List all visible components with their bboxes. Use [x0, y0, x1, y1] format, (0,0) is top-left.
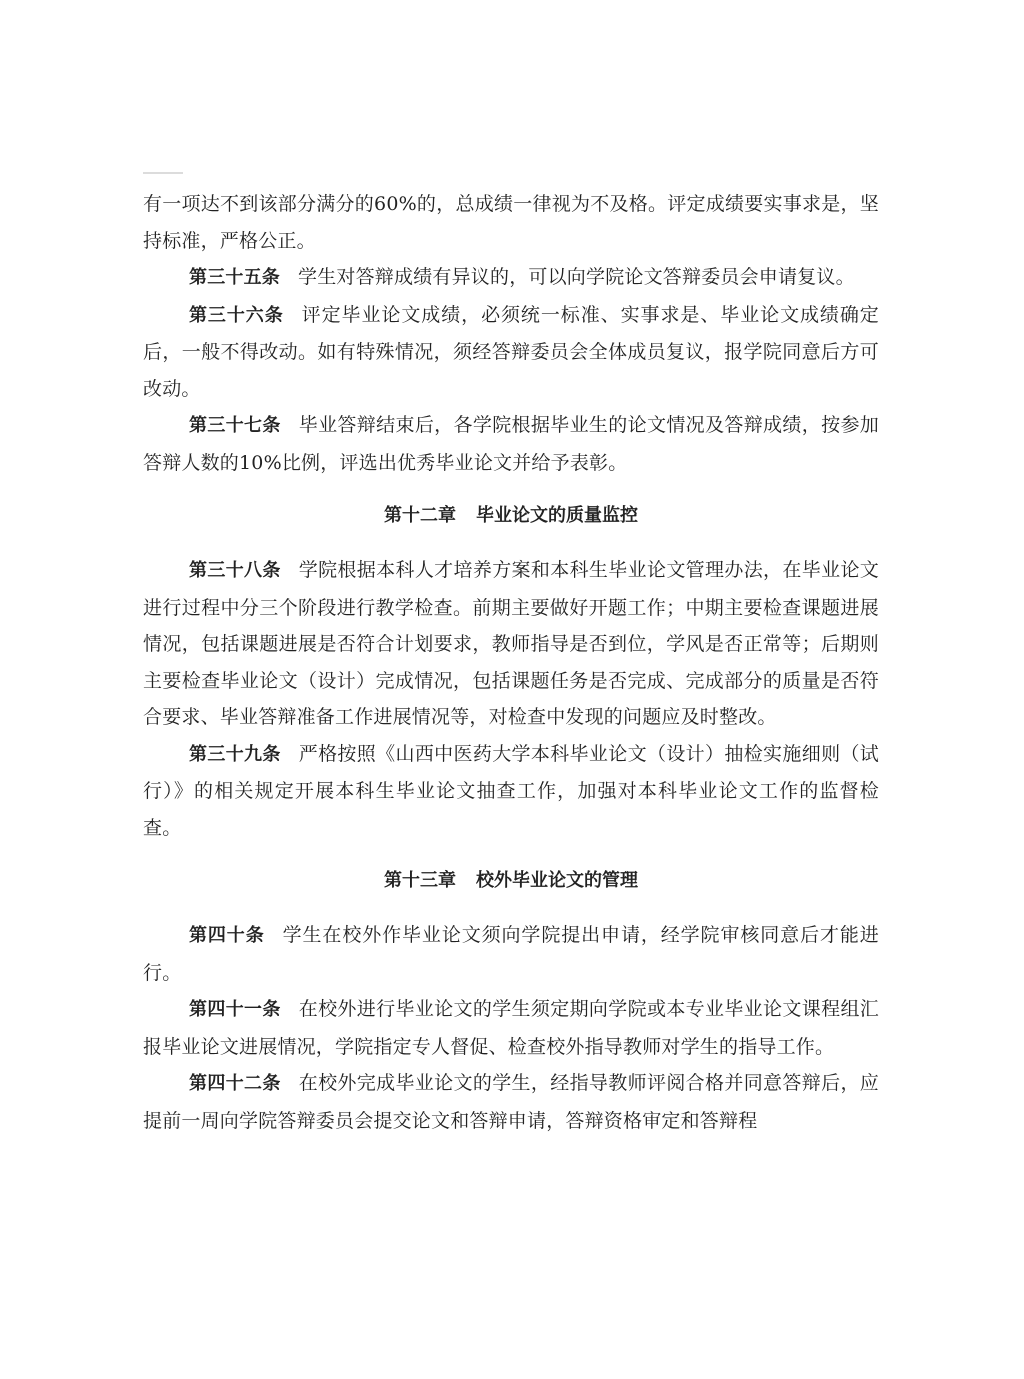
article-40: 第四十条学生在校外作毕业论文须向学院提出申请，经学院审核同意后才能进行。: [143, 917, 879, 991]
article-label: 第四十一条: [189, 999, 281, 1020]
continuation-paragraph: 有一项达不到该部分满分的60%的，总成绩一律视为不及格。评定成绩要实事求是，坚持…: [143, 186, 879, 259]
article-label: 第三十六条: [189, 305, 284, 326]
chapter-title: 毕业论文的质量监控: [476, 505, 638, 526]
chapter-12-heading: 第十二章毕业论文的质量监控: [143, 501, 879, 531]
article-label: 第四十条: [189, 925, 265, 946]
article-35: 第三十五条学生对答辩成绩有异议的，可以向学院论文答辩委员会申请复议。: [143, 259, 879, 297]
article-37: 第三十七条毕业答辩结束后，各学院根据毕业生的论文情况及答辩成绩，按参加答辩人数的…: [143, 407, 879, 481]
chapter-number: 第十三章: [384, 870, 456, 891]
article-label: 第三十五条: [189, 267, 280, 288]
document-body: 有一项达不到该部分满分的60%的，总成绩一律视为不及格。评定成绩要实事求是，坚持…: [143, 186, 879, 1139]
article-41: 第四十一条在校外进行毕业论文的学生须定期向学院或本专业毕业论文课程组汇报毕业论文…: [143, 991, 879, 1065]
article-42: 第四十二条在校外完成毕业论文的学生，经指导教师评阅合格并同意答辩后，应提前一周向…: [143, 1065, 879, 1139]
article-39: 第三十九条严格按照《山西中医药大学本科毕业论文（设计）抽检实施细则（试行）》的相…: [143, 736, 879, 847]
article-label: 第三十七条: [189, 415, 281, 436]
article-label: 第三十九条: [189, 744, 281, 765]
article-label: 第三十八条: [189, 560, 281, 581]
article-38: 第三十八条学院根据本科人才培养方案和本科生毕业论文管理办法，在毕业论文进行过程中…: [143, 552, 879, 736]
chapter-13-heading: 第十三章校外毕业论文的管理: [143, 866, 879, 896]
article-text: 学生对答辩成绩有异议的，可以向学院论文答辩委员会申请复议。: [298, 266, 855, 288]
chapter-number: 第十二章: [384, 505, 456, 526]
article-label: 第四十二条: [189, 1073, 281, 1094]
document-page: 有一项达不到该部分满分的60%的，总成绩一律视为不及格。评定成绩要实事求是，坚持…: [0, 0, 1024, 1379]
scan-artifact: [143, 172, 183, 174]
article-text: 学院根据本科人才培养方案和本科生毕业论文管理办法，在毕业论文进行过程中分三个阶段…: [143, 559, 879, 728]
article-36: 第三十六条评定毕业论文成绩，必须统一标准、实事求是、毕业论文成绩确定后，一般不得…: [143, 297, 879, 408]
chapter-title: 校外毕业论文的管理: [476, 870, 638, 891]
